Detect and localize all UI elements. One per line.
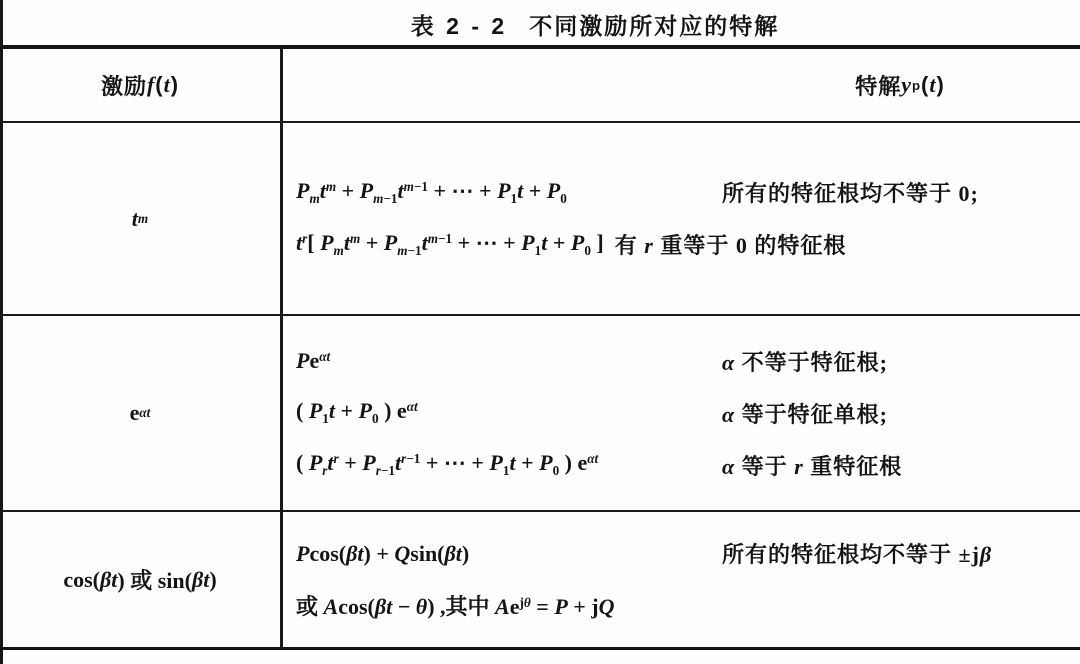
solution-cell-exponential: Peαt α 不等于特征根; ( P1t + P0 ) eαt α 等于特征单根… bbox=[283, 316, 1080, 510]
excitation-sinusoid: cos(βt) 或 sin(βt) bbox=[0, 512, 283, 647]
table-header-row: 激励 f(t) 特解 yp(t) bbox=[0, 49, 1080, 123]
header-particular-solution: 特解 yp(t) bbox=[283, 49, 1080, 121]
formula-polynomial: Pmtm + Pm−1tm−1 + ⋯ + P1t + P0 bbox=[296, 178, 722, 207]
solution-line: Peαt α 不等于特征根; bbox=[296, 335, 1080, 387]
table-row-exponential: eαt Peαt α 不等于特征根; ( P1t + P0 ) eαt α 等于… bbox=[0, 316, 1080, 512]
solution-line: tr[ Pmtm + Pm−1tm−1 + ⋯ + P1t + P0 ] 有 r… bbox=[296, 219, 1080, 271]
formula-polynomial-times-tr: tr[ Pmtm + Pm−1tm−1 + ⋯ + P1t + P0 ] bbox=[296, 230, 604, 259]
table-row-sinusoid: cos(βt) 或 sin(βt) Pcos(βt) + Qsin(βt) 所有… bbox=[0, 512, 1080, 650]
header-excitation: 激励 f(t) bbox=[0, 49, 283, 121]
solutions-table: 激励 f(t) 特解 yp(t) tm Pmtm + Pm−1tm−1 + ⋯ … bbox=[0, 45, 1080, 650]
formula-linear-exponential: ( P1t + P0 ) eαt bbox=[296, 398, 722, 427]
solution-line: 或 Acos(βt − θ) ,其中 Aejθ = P + jQ bbox=[296, 580, 1080, 632]
formula-pcos-qsin: Pcos(βt) + Qsin(βt) bbox=[296, 541, 722, 567]
condition-no-zero-roots: 所有的特征根均不等于 0; bbox=[722, 177, 979, 208]
table-caption-text: 不同激励所对应的特解 bbox=[529, 8, 779, 41]
condition-no-jbeta-roots: 所有的特征根均不等于 ±jβ bbox=[722, 538, 992, 569]
solution-cell-tm: Pmtm + Pm−1tm−1 + ⋯ + P1t + P0 所有的特征根均不等… bbox=[283, 123, 1080, 314]
solution-line: Pmtm + Pm−1tm−1 + ⋯ + P1t + P0 所有的特征根均不等… bbox=[296, 167, 1080, 219]
condition-r-zero-roots: 有 r 重等于 0 的特征根 bbox=[615, 229, 847, 260]
condition-alpha-r-fold-root: α 等于 r 重特征根 bbox=[722, 450, 902, 481]
table-caption: 表 2 - 2 不同激励所对应的特解 bbox=[55, 8, 1080, 41]
formula-polynomial-exponential: ( Prtr + Pr−1tr−1 + ⋯ + P1t + P0 ) eαt bbox=[296, 450, 722, 479]
solution-line: Pcos(βt) + Qsin(βt) 所有的特征根均不等于 ±jβ bbox=[296, 528, 1080, 580]
formula-acos-phase: 或 Acos(βt − θ) ,其中 Aejθ = P + jQ bbox=[296, 590, 615, 621]
scanned-textbook-page: 表 2 - 2 不同激励所对应的特解 激励 f(t) 特解 yp(t) tm P… bbox=[0, 0, 1080, 664]
formula-pe-alpha-t: Peαt bbox=[296, 348, 722, 374]
excitation-tm: tm bbox=[0, 123, 283, 314]
table-number: 表 2 - 2 bbox=[411, 8, 507, 41]
solution-line: ( Prtr + Pr−1tr−1 + ⋯ + P1t + P0 ) eαt α… bbox=[296, 439, 1080, 491]
excitation-exponential: eαt bbox=[0, 316, 283, 510]
solution-cell-sinusoid: Pcos(βt) + Qsin(βt) 所有的特征根均不等于 ±jβ 或 Aco… bbox=[283, 512, 1080, 647]
condition-alpha-single-root: α 等于特征单根; bbox=[722, 398, 888, 429]
condition-alpha-not-root: α 不等于特征根; bbox=[722, 346, 888, 377]
table-row-tm: tm Pmtm + Pm−1tm−1 + ⋯ + P1t + P0 所有的特征根… bbox=[0, 123, 1080, 316]
solution-line: ( P1t + P0 ) eαt α 等于特征单根; bbox=[296, 387, 1080, 439]
